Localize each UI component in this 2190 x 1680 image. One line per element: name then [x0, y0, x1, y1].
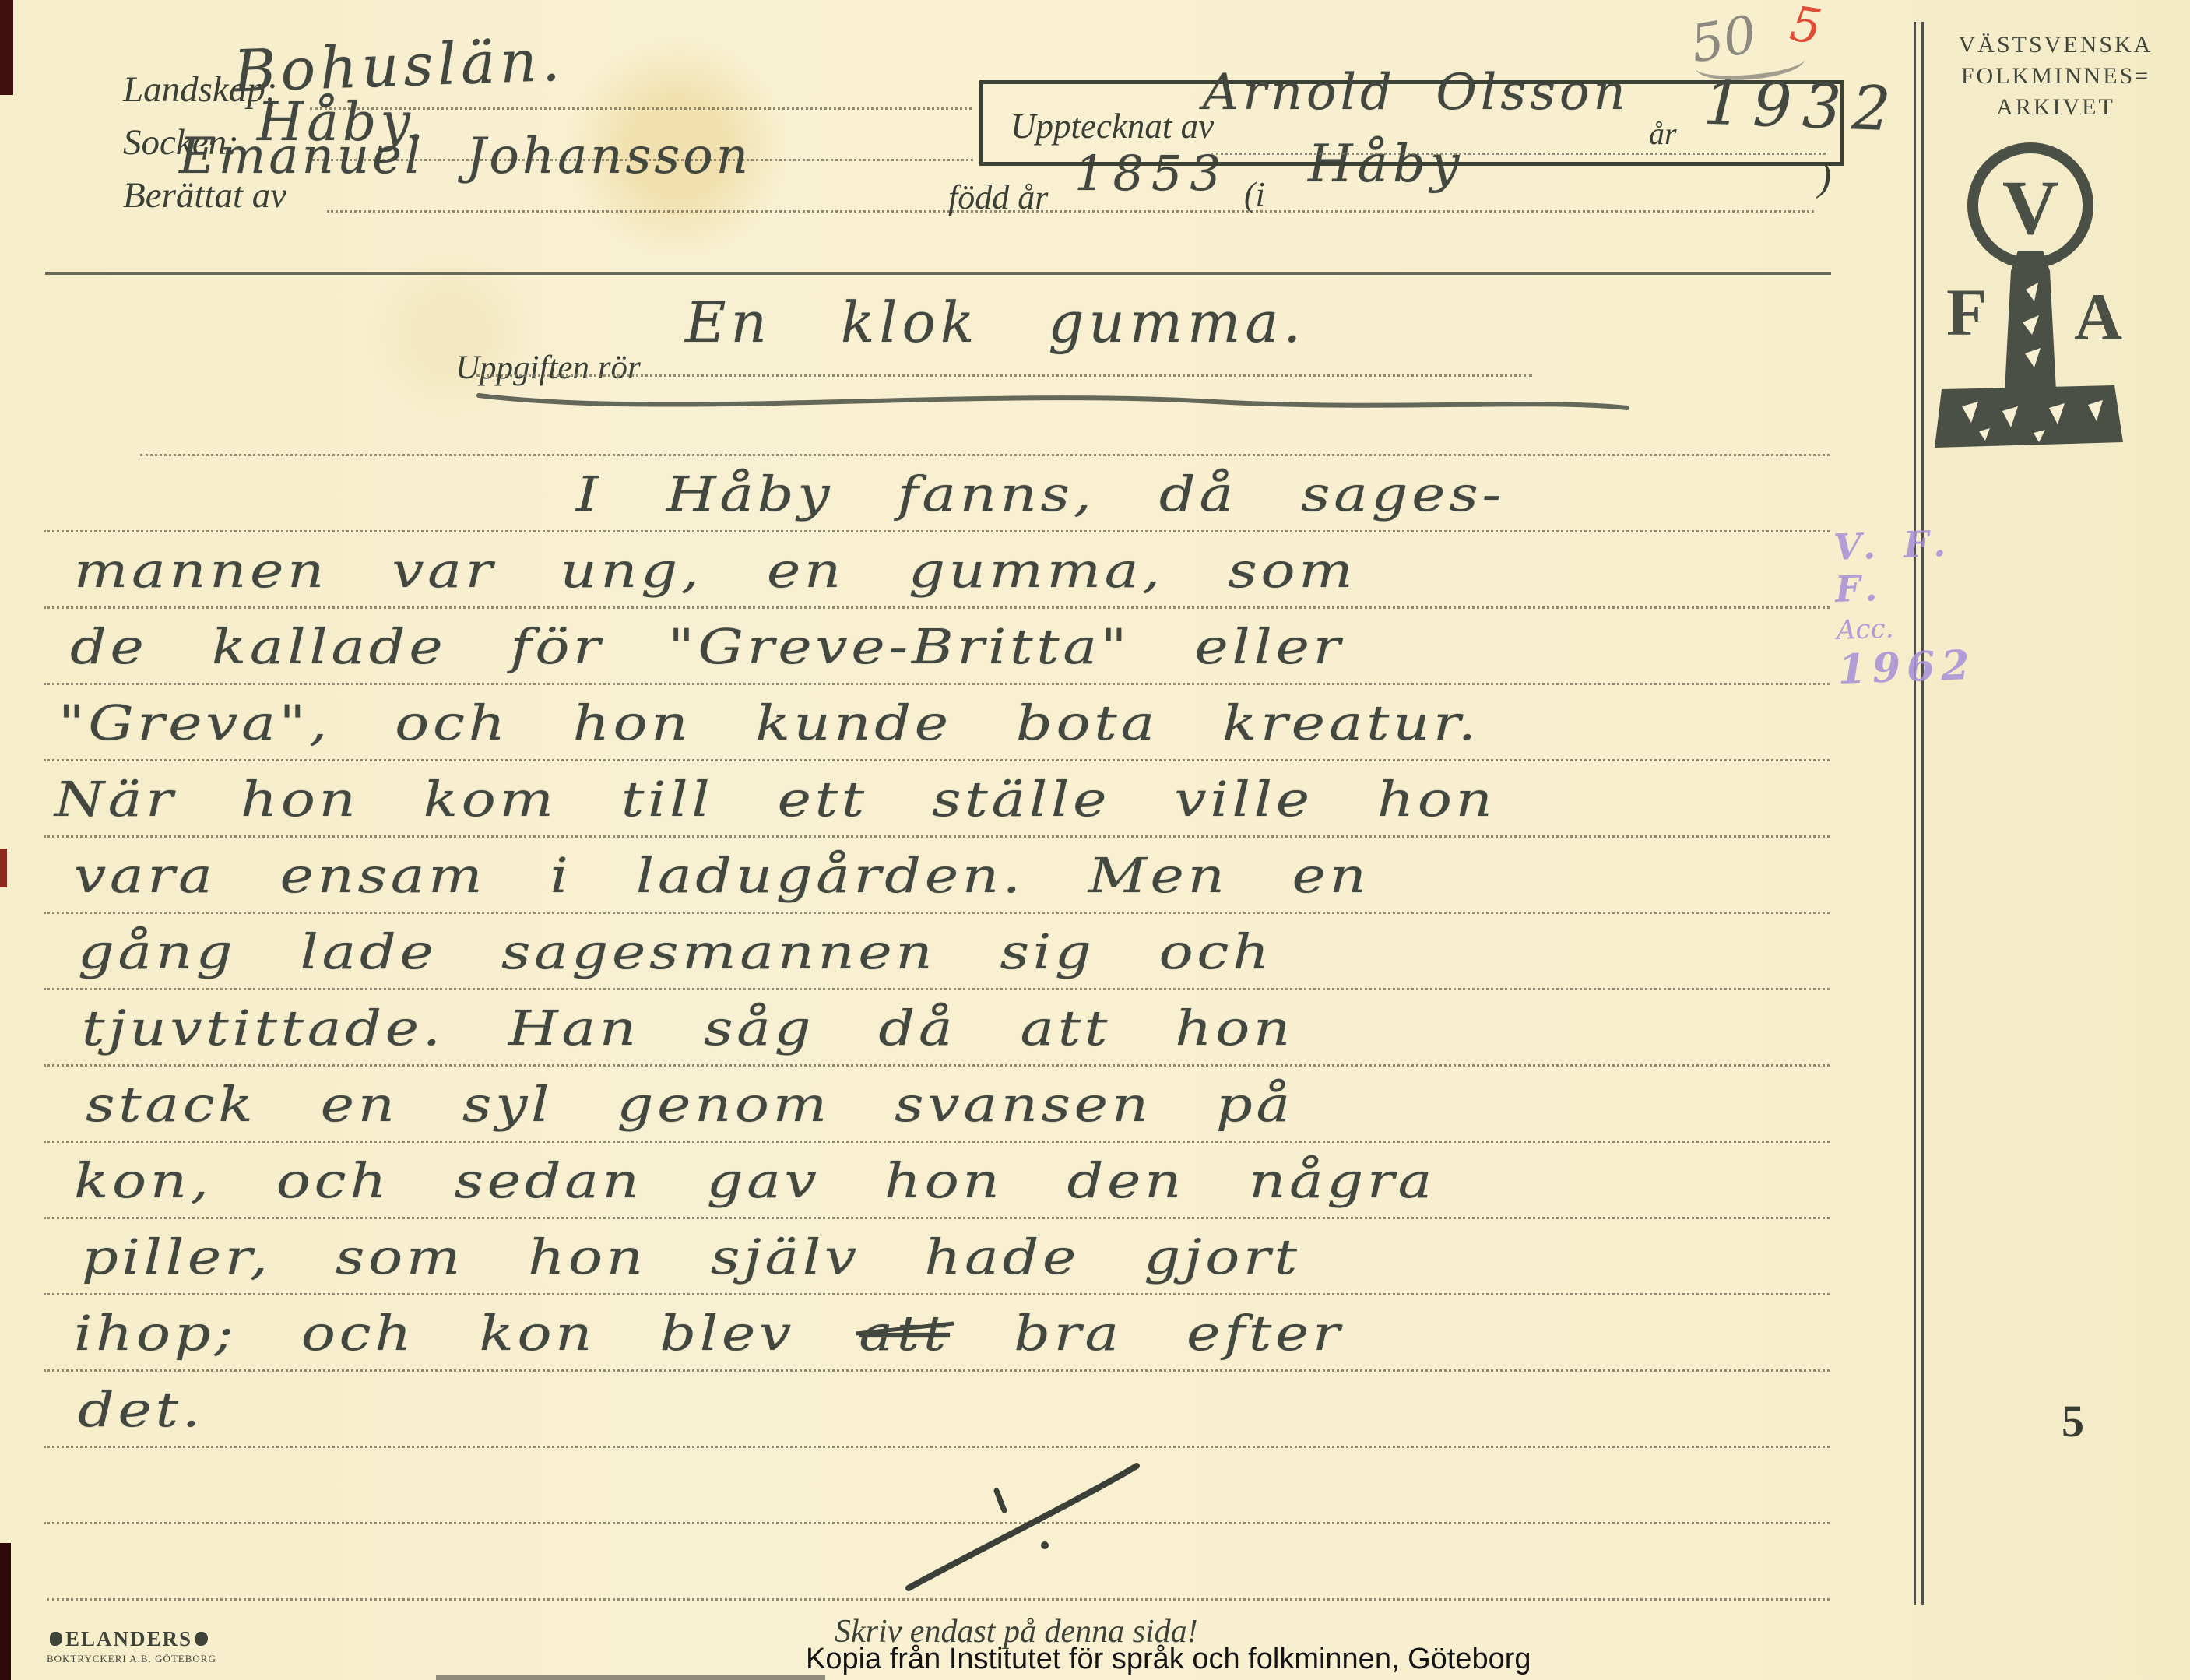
- scan-edge-bottom-left: [0, 1543, 11, 1680]
- archive-name: VÄSTSVENSKA FOLKMINNES= ARKIVET: [1921, 30, 2190, 123]
- title-underline-swoosh: [467, 378, 1635, 425]
- body-line: I Håby fanns, då sages-: [576, 466, 1505, 522]
- logo-letter-f: F: [1946, 275, 1988, 350]
- ruled-line: [44, 606, 1830, 609]
- archive-name-line1: VÄSTSVENSKA: [1921, 30, 2190, 61]
- body-line: ihop; och kon blev att bra efter: [74, 1305, 1344, 1362]
- fodd-ar-label: född år: [948, 177, 1048, 217]
- printer-name: ELANDERS: [65, 1627, 192, 1650]
- berattat-dotted-line: [327, 210, 1814, 213]
- logo-letter-a: A: [2074, 279, 2122, 354]
- struck-word: att: [859, 1305, 950, 1362]
- body-line: vara ensam i ladugården. Men en: [74, 847, 1370, 904]
- header-divider-line: [45, 272, 1831, 275]
- ruled-line: [44, 683, 1830, 685]
- uppgiften-handwritten-title: En klok gumma.: [685, 290, 1306, 355]
- body-line: gång lade sagesmannen sig och: [78, 923, 1273, 980]
- ruled-line: [44, 530, 1830, 532]
- ar-label: år: [1649, 115, 1677, 152]
- berattat-handwritten-value: Emanuel Johansson: [179, 128, 751, 185]
- digitization-caption: Kopia från Institutet för språk och folk…: [806, 1643, 1531, 1676]
- paren-open-label: (i: [1244, 174, 1265, 214]
- closing-slash-mark: [856, 1448, 1323, 1604]
- ruled-line: [44, 1064, 1830, 1067]
- body-line: de kallade för "Greve-Britta" eller: [70, 618, 1344, 675]
- body-line: tjuvtittade. Han såg då att hon: [82, 1000, 1294, 1056]
- uppgiften-dotted-line: [476, 374, 1532, 377]
- printer-mark: ELANDERS BOKTRYCKERI A.B. GÖTEBORG: [47, 1627, 216, 1665]
- archive-name-line2: FOLKMINNES=: [1921, 61, 2190, 92]
- logo-letter-v: V: [2002, 164, 2058, 251]
- ruled-line: [44, 988, 1830, 990]
- stamp-initials: V. F. F.: [1833, 520, 2015, 610]
- thors-hammer-logo-icon: V F A: [1931, 134, 2125, 461]
- upptecknat-handwritten-value: Arnold Olsson: [1203, 64, 1629, 121]
- body-line: kon, och sedan gav hon den några: [74, 1152, 1436, 1209]
- ruled-line: [44, 1293, 1830, 1295]
- scan-edge-top-left: [0, 0, 13, 95]
- body-line: "Greva", och hon kunde bota kreatur.: [58, 694, 1480, 751]
- margin-double-line-left: [1914, 22, 1916, 1605]
- ruled-line: [140, 454, 1830, 456]
- stamp-accession: Acc. 1962: [1836, 609, 2017, 694]
- ornament-icon: [195, 1632, 208, 1646]
- body-line: När hon kom till ett ställe ville hon: [54, 771, 1496, 828]
- ruled-line: [44, 1369, 1830, 1372]
- page-number: 5: [2062, 1395, 2084, 1447]
- scan-edge-bottom: [436, 1675, 825, 1680]
- ornament-icon: [50, 1632, 62, 1646]
- scan-edge-mid-left: [0, 849, 7, 887]
- ruled-line: [44, 759, 1830, 761]
- ruled-line: [44, 835, 1830, 838]
- body-line: piller, som hon själv hade gjort: [82, 1228, 1301, 1285]
- red-number: 5: [1787, 0, 1826, 56]
- body-line-text: ihop; och kon blev: [74, 1305, 795, 1362]
- printer-subtitle: BOKTRYCKERI A.B. GÖTEBORG: [47, 1653, 216, 1665]
- accession-stamp: V. F. F. Acc. 1962: [1833, 520, 2017, 694]
- ruled-line: [44, 1217, 1830, 1219]
- stamp-acc-number: 1962: [1837, 641, 1977, 694]
- margin-double-line-right: [1921, 22, 1924, 1605]
- body-line-text: bra efter: [1014, 1305, 1343, 1362]
- stamp-acc-label: Acc.: [1836, 613, 1894, 646]
- body-line: mannen var ung, en gumma, som: [74, 542, 1356, 599]
- scanned-folklore-record: Landskap: Bohuslän. Socken: Håby. Berätt…: [0, 0, 2190, 1680]
- ruled-line: [44, 1141, 1830, 1143]
- upptecknat-label: Upptecknat av: [1011, 106, 1214, 146]
- archive-name-line3: ARKIVET: [1921, 92, 2190, 123]
- body-line: stack en syl genom svansen på: [86, 1076, 1294, 1133]
- printer-name-row: ELANDERS: [47, 1627, 216, 1651]
- ruled-line: [44, 912, 1830, 914]
- upptecknat-dotted-line: [1211, 153, 1826, 155]
- body-line: det.: [78, 1381, 204, 1438]
